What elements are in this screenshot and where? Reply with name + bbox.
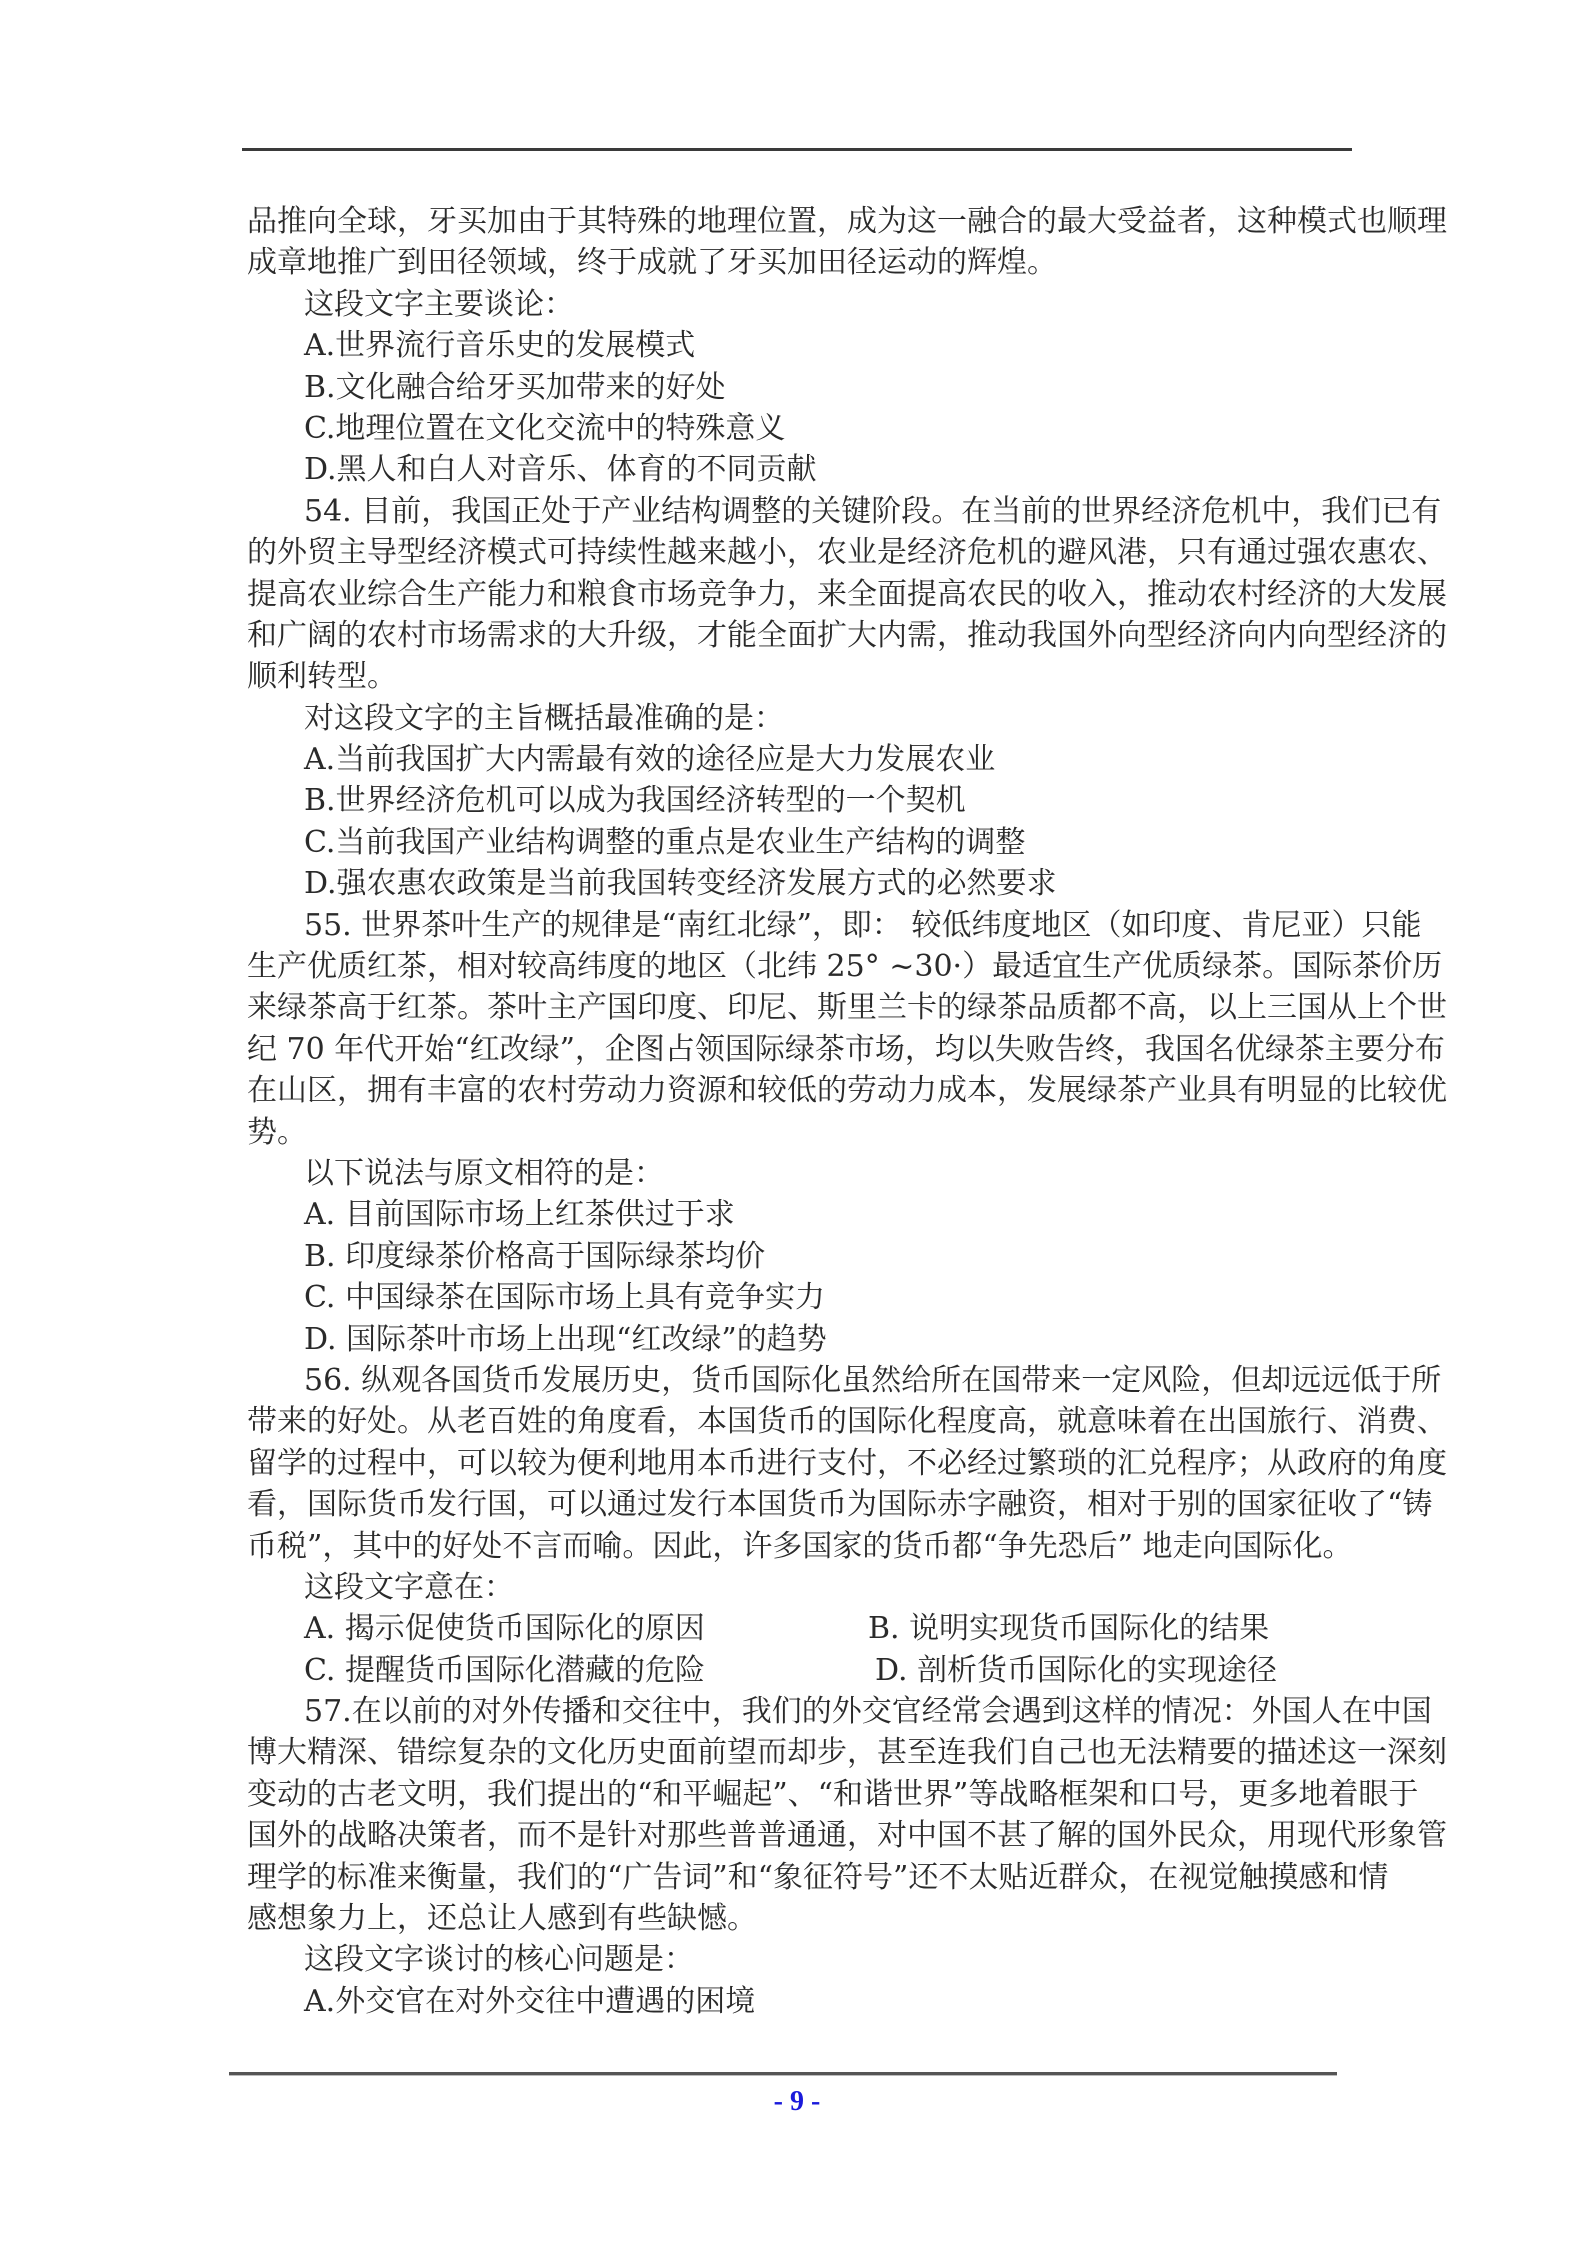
option-b: B. 印度绿茶价格高于国际绿茶均价 bbox=[247, 1236, 1349, 1277]
option-a: A.世界流行音乐史的发展模式 bbox=[247, 325, 1349, 366]
option-d: D.黑人和白人对音乐、体育的不同贡献 bbox=[247, 449, 1349, 490]
page-content: 品推向全球，牙买加由于其特殊的地理位置，成为这一融合的最大受益者，这种模式也顺理… bbox=[247, 201, 1349, 2022]
question-prompt: 这段文字意在： bbox=[247, 1567, 1349, 1608]
question-56-line: 看，国际货币发行国，可以通过发行本国货币为国际赤字融资，相对于别的国家征收了“铸 bbox=[247, 1484, 1349, 1525]
option-b: B.文化融合给牙买加带来的好处 bbox=[247, 367, 1349, 408]
option-b: B. 说明实现货币国际化的结果 bbox=[868, 1608, 1269, 1649]
question-55-line: 来绿茶高于红茶。茶叶主产国印度、印尼、斯里兰卡的绿茶品质都不高，以上三国从上个世 bbox=[247, 987, 1349, 1028]
question-prompt: 对这段文字的主旨概括最准确的是： bbox=[247, 698, 1349, 739]
option-a: A.当前我国扩大内需最有效的途径应是大力发展农业 bbox=[247, 739, 1349, 780]
question-57-line: 国外的战略决策者，而不是针对那些普普通通，对中国不甚了解的国外民众，用现代形象管 bbox=[247, 1815, 1349, 1856]
option-c: C.地理位置在文化交流中的特殊意义 bbox=[247, 408, 1349, 449]
header-rule bbox=[242, 148, 1352, 151]
question-57-line: 博大精深、错综复杂的文化历史面前望而却步，甚至连我们自己也无法精要的描述这一深刻 bbox=[247, 1732, 1349, 1773]
paragraph-line: 成章地推广到田径领域，终于成就了牙买加田径运动的辉煌。 bbox=[247, 242, 1349, 283]
question-55-line: 55. 世界茶叶生产的规律是“南红北绿”，即： 较低纬度地区（如印度、肯尼亚）只… bbox=[247, 905, 1349, 946]
question-prompt: 这段文字主要谈论： bbox=[247, 284, 1349, 325]
option-d: D.强农惠农政策是当前我国转变经济发展方式的必然要求 bbox=[247, 863, 1349, 904]
question-prompt: 以下说法与原文相符的是： bbox=[247, 1153, 1349, 1194]
option-c: C.当前我国产业结构调整的重点是农业生产结构的调整 bbox=[247, 822, 1349, 863]
question-55-line: 势。 bbox=[247, 1112, 1349, 1153]
question-57-line: 理学的标准来衡量，我们的“广告词”和“象征符号”还不太贴近群众，在视觉触摸感和情 bbox=[247, 1857, 1349, 1898]
option-a: A. 揭示促使货币国际化的原因 bbox=[304, 1608, 705, 1649]
question-57-line: 57.在以前的对外传播和交往中，我们的外交官经常会遇到这样的情况：外国人在中国 bbox=[247, 1691, 1349, 1732]
question-56-line: 带来的好处。从老百姓的角度看，本国货币的国际化程度高，就意味着在出国旅行、消费、 bbox=[247, 1401, 1349, 1442]
options-row-cd: C. 提醒货币国际化潜藏的危险 D. 剖析货币国际化的实现途径 bbox=[247, 1650, 1349, 1691]
option-c: C. 中国绿茶在国际市场上具有竞争实力 bbox=[247, 1277, 1349, 1318]
options-row-ab: A. 揭示促使货币国际化的原因 B. 说明实现货币国际化的结果 bbox=[247, 1608, 1349, 1649]
option-d: D. 剖析货币国际化的实现途径 bbox=[875, 1650, 1277, 1691]
footer-rule bbox=[229, 2072, 1337, 2075]
question-55-line: 生产优质红茶，相对较高纬度的地区（北纬 25° ~30·）最适宜生产优质绿茶。国… bbox=[247, 946, 1349, 987]
question-prompt: 这段文字谈讨的核心问题是： bbox=[247, 1939, 1349, 1980]
option-a: A.外交官在对外交往中遭遇的困境 bbox=[247, 1981, 1349, 2022]
question-56-line: 币税”，其中的好处不言而喻。因此，许多国家的货币都“争先恐后” 地走向国际化。 bbox=[247, 1526, 1349, 1567]
option-c: C. 提醒货币国际化潜藏的危险 bbox=[304, 1650, 705, 1691]
page-number: - 9 - bbox=[0, 2086, 1594, 2118]
question-54-line: 提高农业综合生产能力和粮食市场竞争力，来全面提高农民的收入，推动农村经济的大发展 bbox=[247, 574, 1349, 615]
question-54-line: 的外贸主导型经济模式可持续性越来越小，农业是经济危机的避风港，只有通过强农惠农、 bbox=[247, 532, 1349, 573]
question-57-line: 感想象力上，还总让人感到有些缺憾。 bbox=[247, 1898, 1349, 1939]
option-a: A. 目前国际市场上红茶供过于求 bbox=[247, 1194, 1349, 1235]
question-54-line: 和广阔的农村市场需求的大升级，才能全面扩大内需，推动我国外向型经济向内向型经济的 bbox=[247, 615, 1349, 656]
option-d: D. 国际茶叶市场上出现“红改绿”的趋势 bbox=[247, 1319, 1349, 1360]
question-56-line: 56. 纵观各国货币发展历史，货币国际化虽然给所在国带来一定风险，但却远远低于所 bbox=[247, 1360, 1349, 1401]
paragraph-line: 品推向全球，牙买加由于其特殊的地理位置，成为这一融合的最大受益者，这种模式也顺理 bbox=[247, 201, 1349, 242]
question-55-line: 纪 70 年代开始“红改绿”，企图占领国际绿茶市场，均以失败告终，我国名优绿茶主… bbox=[247, 1029, 1349, 1070]
option-b: B.世界经济危机可以成为我国经济转型的一个契机 bbox=[247, 780, 1349, 821]
question-54-line: 54. 目前，我国正处于产业结构调整的关键阶段。在当前的世界经济危机中，我们已有 bbox=[247, 491, 1349, 532]
question-54-line: 顺利转型。 bbox=[247, 656, 1349, 697]
question-55-line: 在山区，拥有丰富的农村劳动力资源和较低的劳动力成本，发展绿茶产业具有明显的比较优 bbox=[247, 1070, 1349, 1111]
question-57-line: 变动的古老文明，我们提出的“和平崛起”、“和谐世界”等战略框架和口号，更多地着眼… bbox=[247, 1774, 1349, 1815]
question-56-line: 留学的过程中，可以较为便利地用本币进行支付，不必经过繁琐的汇兑程序；从政府的角度 bbox=[247, 1443, 1349, 1484]
